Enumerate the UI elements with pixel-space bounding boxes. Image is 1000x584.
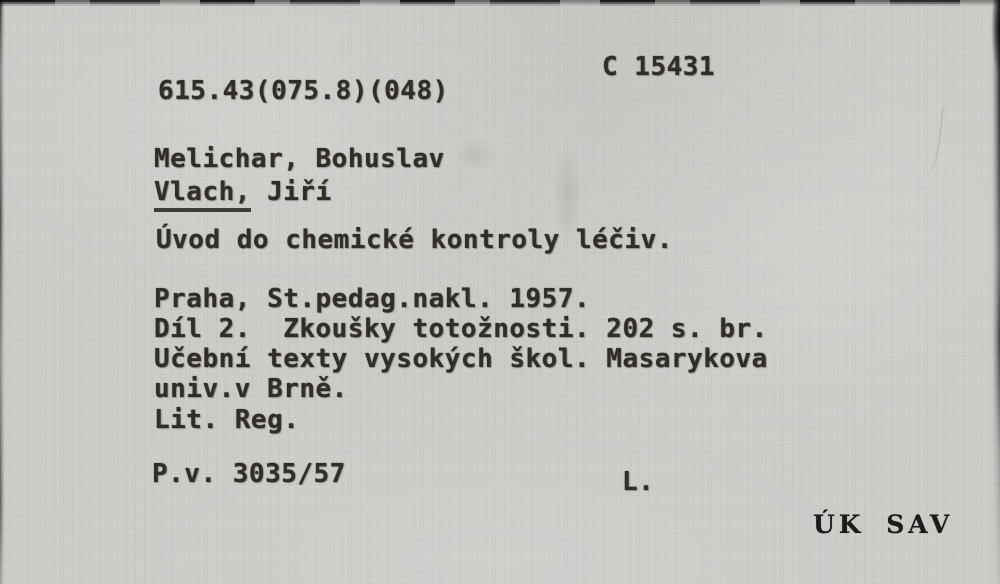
- author-secondary-underlined: Vlach,: [154, 177, 251, 212]
- author-secondary-rest: Jiří: [251, 177, 332, 207]
- paper-hairline-mark: [921, 104, 943, 175]
- paper-smudge: [445, 128, 505, 183]
- classification-number: 615.43(075.8)(048): [158, 76, 449, 106]
- notes-line: Lit. Reg.: [154, 405, 299, 435]
- cataloguer-mark: L.: [622, 467, 654, 497]
- accession-number: C 15431: [602, 52, 715, 82]
- imprint-line: Praha, St.pedag.nakl. 1957.: [154, 284, 590, 314]
- author-secondary: Vlach, Jiří: [154, 177, 332, 207]
- author-main: Melichar, Bohuslav: [154, 144, 445, 174]
- series-line-1: Učební texty vysokých škol. Masarykova: [154, 344, 768, 374]
- scan-edge-right: [992, 0, 1000, 584]
- title-line: Úvod do chemické kontroly léčiv.: [156, 225, 673, 255]
- scan-edge-top: [0, 0, 1000, 8]
- scan-corner-notch: [988, 0, 1000, 95]
- series-line-2: univ.v Brně.: [154, 374, 348, 404]
- scan-edge-left: [0, 0, 5, 584]
- acquisition-number: P.v. 3035/57: [152, 459, 346, 489]
- library-stamp: ÚK SAV: [813, 510, 953, 539]
- catalog-card-scan: C 15431 615.43(075.8)(048) Melichar, Boh…: [0, 0, 1000, 584]
- collation-line: Díl 2. Zkoušky totožnosti. 202 s. br.: [154, 314, 768, 344]
